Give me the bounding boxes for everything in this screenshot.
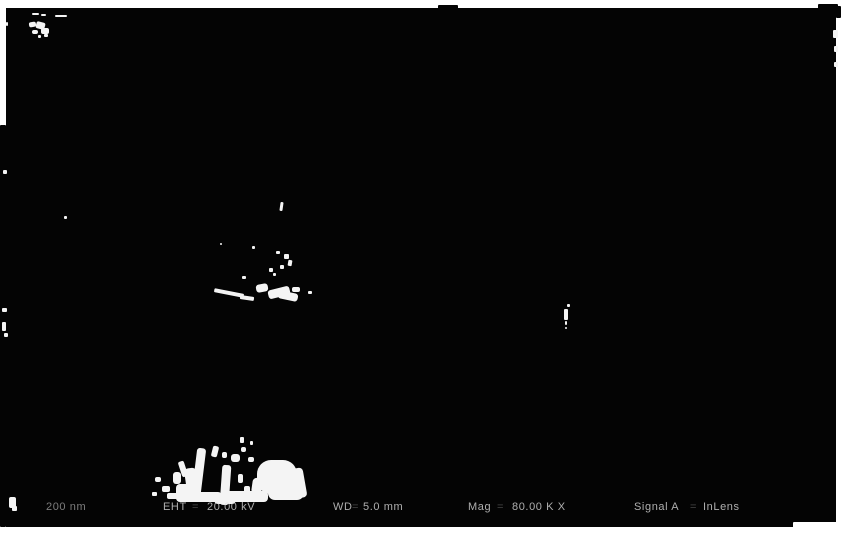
- bright-particle: [211, 445, 219, 457]
- bright-particle: [32, 30, 38, 34]
- bright-particle: [3, 170, 7, 174]
- bright-particle: [288, 260, 293, 267]
- bright-particle: [155, 477, 161, 482]
- frame-edge-light-patch: [793, 522, 848, 540]
- bright-particle: [38, 35, 41, 38]
- bright-particle: [834, 62, 838, 67]
- bright-particle: [64, 216, 67, 219]
- bright-particle: [41, 14, 46, 16]
- bright-particle: [32, 13, 39, 15]
- bright-particle: [2, 322, 6, 331]
- bright-particle: [567, 304, 570, 307]
- bright-particle: [269, 268, 273, 272]
- bright-particle: [250, 441, 253, 445]
- frame-edge-dark-patch: [438, 5, 458, 9]
- bright-particle: [6, 22, 8, 26]
- bright-particle: [308, 291, 312, 294]
- sem-micrograph: 200 nm EHT = 20.00 kV WD = 5.0 mm Mag = …: [0, 0, 848, 540]
- bright-particle: [224, 491, 268, 502]
- bright-particle: [220, 243, 222, 245]
- bright-particle: [152, 492, 157, 496]
- bright-particle: [2, 308, 7, 312]
- bright-particle: [273, 273, 276, 276]
- frame-edge-dark-patch: [818, 4, 838, 9]
- bright-particle: [564, 309, 568, 320]
- bright-particle: [248, 457, 254, 462]
- bright-particle: [180, 492, 222, 502]
- bright-particle: [292, 287, 300, 292]
- bright-particle: [238, 474, 243, 483]
- bright-particle: [565, 327, 567, 329]
- particle-features-layer: [0, 0, 848, 540]
- bright-particle: [4, 333, 8, 337]
- bright-particle: [44, 34, 48, 37]
- bright-particle: [276, 251, 280, 254]
- bright-particle: [833, 30, 838, 38]
- bright-particle: [252, 246, 255, 249]
- bright-particle: [222, 452, 227, 458]
- bright-particle: [167, 493, 178, 499]
- bright-particle: [162, 486, 170, 492]
- bright-particle: [834, 46, 838, 52]
- bright-particle: [255, 283, 268, 293]
- bright-particle: [12, 506, 17, 511]
- bright-particle: [231, 454, 240, 462]
- bright-particle: [173, 472, 181, 484]
- bright-particle: [242, 276, 246, 279]
- bright-particle: [565, 321, 567, 325]
- bright-particle: [241, 447, 246, 452]
- bright-particle: [279, 202, 283, 211]
- bright-particle: [284, 254, 289, 259]
- bright-particle: [240, 437, 244, 443]
- bright-particle: [280, 265, 284, 269]
- bright-particle: [240, 295, 254, 301]
- bright-particle: [55, 15, 67, 17]
